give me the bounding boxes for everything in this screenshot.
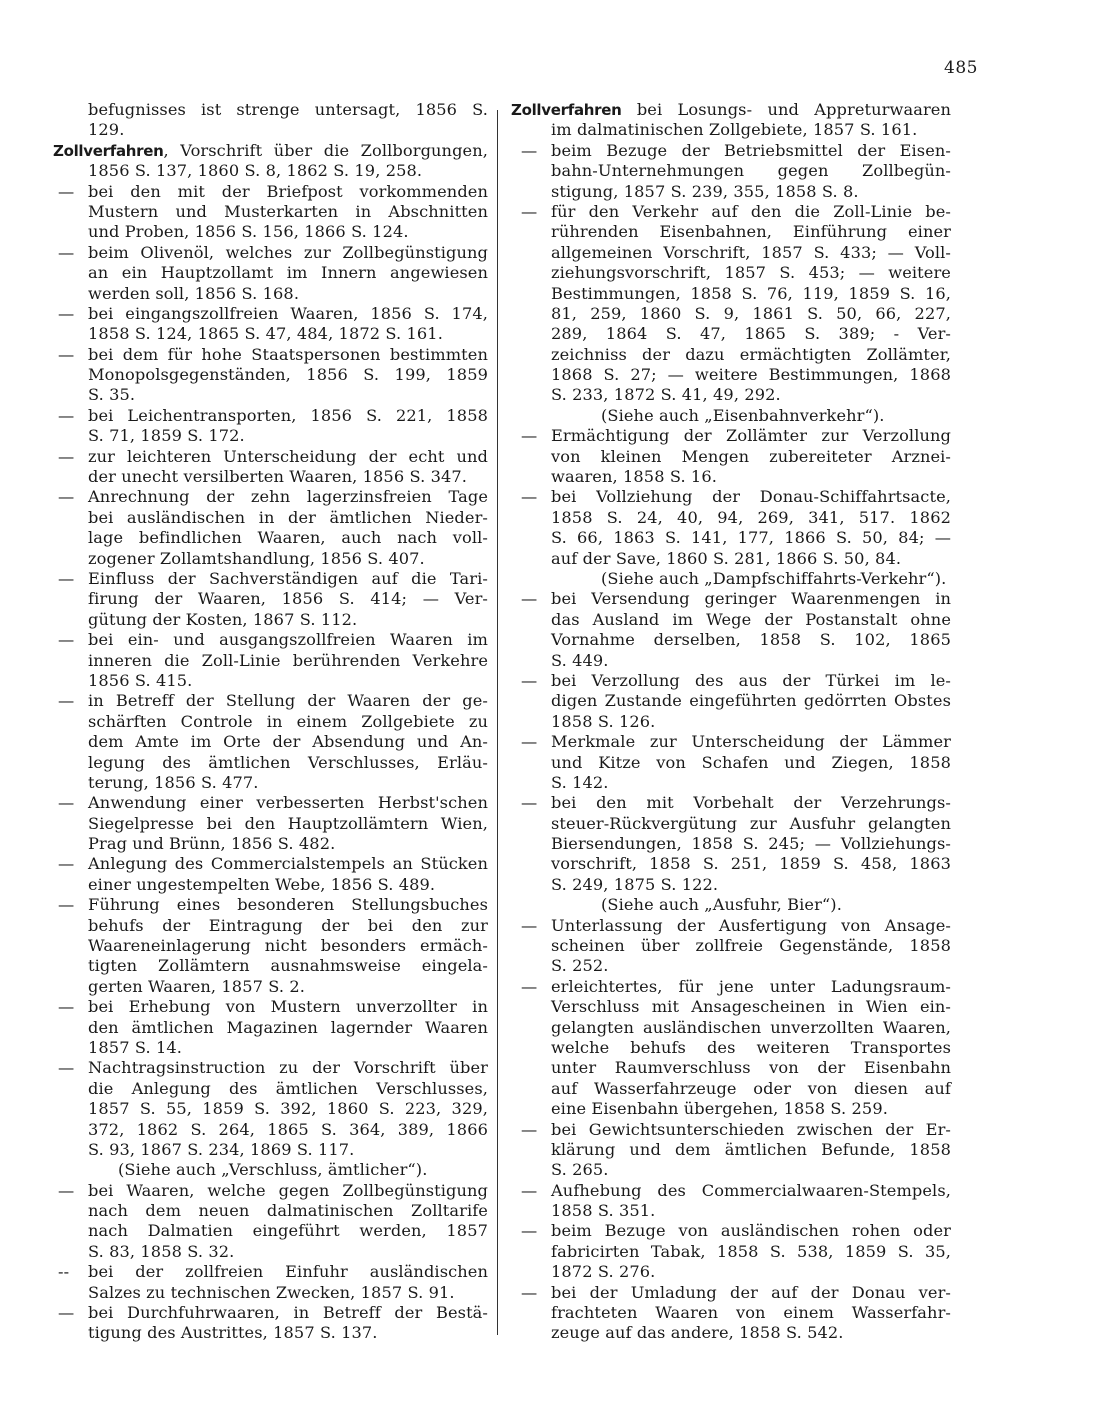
entry-text: digen Zustande eingeführten gedörrten Ob… <box>551 691 951 710</box>
entry-text: Unterlassung der Ausfertigung von Ansage… <box>551 916 951 935</box>
entry-text: für den Verkehr auf den die Zoll-Linie b… <box>551 202 951 221</box>
entry-line: unter Raumverschluss von der Eisenbahn <box>551 1058 951 1078</box>
entry-text: bahn-Unternehmungen gegen Zollbegün- <box>551 161 951 180</box>
entry-line: und Proben, 1856 S. 156, 1866 S. 124. <box>88 222 488 242</box>
see-also-reference: (Siehe auch „Dampfschiffahrts-Verkehr“). <box>551 569 951 589</box>
entry-line: an ein Hauptzollamt im Innern angewiesen <box>88 263 488 283</box>
entry-text: das Ausland im Wege der Postanstalt ohne <box>551 610 951 629</box>
entry-line: terung, 1856 S. 477. <box>88 773 488 793</box>
entry-line: S. 265. <box>551 1160 951 1180</box>
index-entry: —für den Verkehr auf den die Zoll-Linie … <box>511 202 951 426</box>
entry-text: beim Bezuge der Betriebsmittel der Eisen… <box>551 141 951 160</box>
entry-line: S. 83, 1858 S. 32. <box>88 1242 488 1262</box>
entry-line: —Anrechnung der zehn lagerzinsfreien Tag… <box>58 487 488 507</box>
entry-text: lage befindlichen Waaren, auch nach voll… <box>88 528 488 547</box>
dash-marker: — <box>58 406 88 426</box>
entry-line: zeichniss der dazu ermächtigten Zollämte… <box>551 345 951 365</box>
entry-line: S. 71, 1859 S. 172. <box>88 426 488 446</box>
entry-text: bei Leichentransporten, 1856 S. 221, 185… <box>88 406 488 425</box>
entry-line: tigten Zollämtern ausnahmsweise eingela- <box>88 956 488 976</box>
entry-line: allgemeinen Vorschrift, 1857 S. 433; — V… <box>551 243 951 263</box>
entry-text: rührenden Eisenbahnen, Einführung einer <box>551 222 951 241</box>
index-entry: —erleichtertes, für jene unter Ladungsra… <box>511 977 951 1120</box>
entry-line: der unecht versilberten Waaren, 1856 S. … <box>88 467 488 487</box>
entry-line: —Führung eines besonderen Stellungsbuche… <box>58 895 488 915</box>
entry-line: —bei den mit der Briefpost vorkommenden <box>58 182 488 202</box>
entry-line: bahn-Unternehmungen gegen Zollbegün- <box>551 161 951 181</box>
entry-line: —Anlegung des Commercialstempels an Stüc… <box>58 854 488 874</box>
entry-line: 1857 S. 14. <box>88 1038 488 1058</box>
entry-line: und Kitze von Schafen und Ziegen, 1858 <box>551 753 951 773</box>
entry-text: dem Amte im Orte der Absendung und An- <box>88 732 488 751</box>
entry-line: —bei Erhebung von Mustern unverzollter i… <box>58 997 488 1017</box>
entry-text: 1857 S. 55, 1859 S. 392, 1860 S. 223, 32… <box>88 1099 488 1118</box>
entry-line: —Unterlassung der Ausfertigung von Ansag… <box>521 916 951 936</box>
entry-line: —beim Olivenöl, welches zur Zollbegünsti… <box>58 243 488 263</box>
entry-text: 1857 S. 14. <box>88 1038 182 1057</box>
dash-marker: -- <box>58 1262 88 1282</box>
entry-text: 1858 S. 24, 40, 94, 269, 341, 517. 1862 <box>551 508 951 527</box>
entry-text: 81, 259, 1860 S. 9, 1861 S. 50, 66, 227, <box>551 304 951 323</box>
entry-text: bei Vollziehung der Donau-Schiffahrtsact… <box>551 487 951 506</box>
dash-marker: — <box>58 569 88 589</box>
entry-text: bei der zollfreien Einfuhr ausländischen <box>88 1262 488 1281</box>
index-entry: —bei Erhebung von Mustern unverzollter i… <box>88 997 488 1058</box>
entry-line: —bei Verzollung des aus der Türkei im le… <box>521 671 951 691</box>
entry-line: S. 66, 1863 S. 141, 177, 1866 S. 50, 84;… <box>551 528 951 548</box>
entry-line: zeuge auf das andere, 1858 S. 542. <box>551 1323 951 1343</box>
entry-line: S. 252. <box>551 956 951 976</box>
entry-line: 1858 S. 24, 40, 94, 269, 341, 517. 1862 <box>551 508 951 528</box>
entry-line: 81, 259, 1860 S. 9, 1861 S. 50, 66, 227, <box>551 304 951 324</box>
index-entry: —bei den mit Vorbehalt der Verzehrungs-s… <box>511 793 951 915</box>
entry-line: —bei eingangszollfreien Waaren, 1856 S. … <box>58 304 488 324</box>
entry-text: bei Waaren, welche gegen Zollbegünstigun… <box>88 1181 488 1200</box>
entry-line: —Nachtragsinstruction zu der Vorschrift … <box>58 1058 488 1078</box>
entry-line: rührenden Eisenbahnen, Einführung einer <box>551 222 951 242</box>
entry-text: nach dem neuen dalmatinischen Zolltarife <box>88 1201 488 1220</box>
entry-text: 1856 S. 415. <box>88 671 192 690</box>
entry-line: Zollverfahren bei Losungs- und Appreturw… <box>511 100 951 120</box>
dash-marker: — <box>521 1221 551 1241</box>
entry-text: bei ausländischen in der ämtlichen Niede… <box>88 508 488 527</box>
entry-line: —bei Gewichtsunterschieden zwischen der … <box>521 1120 951 1140</box>
entry-text: gütung der Kosten, 1867 S. 112. <box>88 610 357 629</box>
index-entry: —Einfluss der Sachverständigen auf die T… <box>88 569 488 630</box>
entry-text: steuer-Rückvergütung zur Ausfuhr gelangt… <box>551 814 951 833</box>
entry-text: bei Losungs- und Appreturwaaren <box>622 100 952 119</box>
entry-line: Siegelpresse bei den Hauptzollämtern Wie… <box>88 814 488 834</box>
entry-line: —Merkmale zur Unterscheidung der Lämmer <box>521 732 951 752</box>
entry-line: —erleichtertes, für jene unter Ladungsra… <box>521 977 951 997</box>
entry-text: Aufhebung des Commercialwaaren-Stempels, <box>551 1181 951 1200</box>
entry-line: befugnisses ist strenge untersagt, 1856 … <box>88 100 488 120</box>
see-also-reference: (Siehe auch „Eisenbahnverkehr“). <box>551 406 951 426</box>
entry-line: 1858 S. 126. <box>551 712 951 732</box>
entry-line: —bei Durchfuhrwaaren, in Betreff der Bes… <box>58 1303 488 1323</box>
entry-text: tigung des Austrittes, 1857 S. 137. <box>88 1323 378 1342</box>
entry-line: fabricirten Tabak, 1858 S. 538, 1859 S. … <box>551 1242 951 1262</box>
entry-text: S. 233, 1872 S. 41, 49, 292. <box>551 385 781 404</box>
entry-line: —beim Bezuge der Betriebsmittel der Eise… <box>521 141 951 161</box>
entry-text: beim Bezuge von ausländischen rohen oder <box>551 1221 951 1240</box>
entry-text: nach Dalmatien eingeführt werden, 1857 <box>88 1221 488 1240</box>
entry-text: unter Raumverschluss von der Eisenbahn <box>551 1058 951 1077</box>
entry-line: Biersendungen, 1858 S. 245; — Vollziehun… <box>551 834 951 854</box>
entry-text: den ämtlichen Magazinen lagernder Waaren <box>88 1018 488 1037</box>
entry-text: ziehungsvorschrift, 1857 S. 453; — weite… <box>551 263 951 282</box>
dash-marker: — <box>58 345 88 365</box>
dash-marker: — <box>521 589 551 609</box>
index-entry: —bei Gewichtsunterschieden zwischen der … <box>511 1120 951 1181</box>
entry-line: firung der Waaren, 1856 S. 414; — Ver- <box>88 589 488 609</box>
entry-text: Einfluss der Sachverständigen auf die Ta… <box>88 569 488 588</box>
left-column: befugnisses ist strenge untersagt, 1856 … <box>88 100 488 1344</box>
entry-line: S. 249, 1875 S. 122. <box>551 875 951 895</box>
entry-line: 1856 S. 137, 1860 S. 8, 1862 S. 19, 258. <box>88 161 488 181</box>
entry-text: gerten Waaren, 1857 S. 2. <box>88 977 305 996</box>
index-entry: —bei ein- und ausgangszollfreien Waaren … <box>88 630 488 691</box>
entry-line: --bei der zollfreien Einfuhr ausländisch… <box>58 1262 488 1282</box>
entry-text: , Vorschrift über die Zollborgungen, <box>164 141 489 160</box>
entry-line: den ämtlichen Magazinen lagernder Waaren <box>88 1018 488 1038</box>
dash-marker: — <box>58 793 88 813</box>
entry-line: frachteten Waaren von einem Wasserfahr- <box>551 1303 951 1323</box>
entry-line: gelangten ausländischen unverzollten Waa… <box>551 1018 951 1038</box>
entry-line: einer ungestempelten Webe, 1856 S. 489. <box>88 875 488 895</box>
entry-line: Mustern und Musterkarten in Abschnitten <box>88 202 488 222</box>
entry-text: 1858 S. 351. <box>551 1201 655 1220</box>
entry-text: bei den mit der Briefpost vorkommenden <box>88 182 488 201</box>
entry-line: Zollverfahren, Vorschrift über die Zollb… <box>53 141 488 161</box>
entry-line: schärften Controle in einem Zollgebiete … <box>88 712 488 732</box>
entry-text: die Anlegung des ämtlichen Verschlusses, <box>88 1079 488 1098</box>
entry-heading: Zollverfahren <box>511 101 622 119</box>
entry-text: bei den mit Vorbehalt der Verzehrungs- <box>551 793 951 812</box>
index-entry: —bei Waaren, welche gegen Zollbegünstigu… <box>88 1181 488 1263</box>
index-entry: —Anrechnung der zehn lagerzinsfreien Tag… <box>88 487 488 569</box>
entry-line: scheinen über zollfreie Gegenstände, 185… <box>551 936 951 956</box>
index-entry: Zollverfahren, Vorschrift über die Zollb… <box>88 141 488 182</box>
entry-line: behufs der Eintragung der bei den zur <box>88 916 488 936</box>
entry-text: beim Olivenöl, welches zur Zollbegünstig… <box>88 243 488 262</box>
entry-text: stigung, 1857 S. 239, 355, 1858 S. 8. <box>551 182 859 201</box>
entry-text: 289, 1864 S. 47, 1865 S. 389; - Ver- <box>551 324 951 343</box>
index-entry: —beim Olivenöl, welches zur Zollbegünsti… <box>88 243 488 304</box>
dash-marker: — <box>58 691 88 711</box>
entry-text: Siegelpresse bei den Hauptzollämtern Wie… <box>88 814 488 833</box>
entry-text: klärung und dem ämtlichen Befunde, 1858 <box>551 1140 951 1159</box>
entry-text: 129. <box>88 120 124 139</box>
entry-text: terung, 1856 S. 477. <box>88 773 259 792</box>
dash-marker: — <box>521 671 551 691</box>
entry-line: ziehungsvorschrift, 1857 S. 453; — weite… <box>551 263 951 283</box>
entry-text: Mustern und Musterkarten in Abschnitten <box>88 202 488 221</box>
entry-text: von kleinen Mengen zubereiteter Arznei- <box>551 447 951 466</box>
entry-line: im dalmatinischen Zollgebiete, 1857 S. 1… <box>551 120 951 140</box>
page-number: 485 <box>928 58 978 78</box>
dash-marker: — <box>521 202 551 222</box>
index-entry: —Merkmale zur Unterscheidung der Lämmeru… <box>511 732 951 793</box>
dash-marker: — <box>58 997 88 1017</box>
dash-marker: — <box>521 1181 551 1201</box>
entry-line: S. 93, 1867 S. 234, 1869 S. 117. <box>88 1140 488 1160</box>
entry-line: —in Betreff der Stellung der Waaren der … <box>58 691 488 711</box>
dash-marker: — <box>58 182 88 202</box>
entry-text: legung des ämtlichen Verschlusses, Erläu… <box>88 753 488 772</box>
entry-line: —bei Leichentransporten, 1856 S. 221, 18… <box>58 406 488 426</box>
entry-text: und Proben, 1856 S. 156, 1866 S. 124. <box>88 222 409 241</box>
entry-text: firung der Waaren, 1856 S. 414; — Ver- <box>88 589 488 608</box>
entry-line: waaren, 1858 S. 16. <box>551 467 951 487</box>
entry-line: digen Zustande eingeführten gedörrten Ob… <box>551 691 951 711</box>
entry-text: auf Wasserfahrzeuge oder von diesen auf <box>551 1079 951 1098</box>
entry-line: stigung, 1857 S. 239, 355, 1858 S. 8. <box>551 182 951 202</box>
entry-text: in Betreff der Stellung der Waaren der g… <box>88 691 488 710</box>
right-column: Zollverfahren bei Losungs- und Appreturw… <box>511 100 951 1344</box>
entry-text: Bestimmungen, 1858 S. 76, 119, 1859 S. 1… <box>551 284 951 303</box>
index-entry: —bei Vollziehung der Donau-Schiffahrtsac… <box>511 487 951 589</box>
dash-marker: — <box>521 793 551 813</box>
index-entry: —bei dem für hohe Staatspersonen bestimm… <box>88 345 488 406</box>
entry-line: —beim Bezuge von ausländischen rohen ode… <box>521 1221 951 1241</box>
entry-line: klärung und dem ämtlichen Befunde, 1858 <box>551 1140 951 1160</box>
entry-line: —zur leichteren Unterscheidung der echt … <box>58 447 488 467</box>
entry-text: Waareneinlagerung nicht besonders ermäch… <box>88 936 488 955</box>
entry-text: vorschrift, 1858 S. 251, 1859 S. 458, 18… <box>551 854 951 873</box>
entry-text: inneren die Zoll-Linie berührenden Verke… <box>88 651 488 670</box>
entry-text: behufs der Eintragung der bei den zur <box>88 916 488 935</box>
dash-marker: — <box>521 1120 551 1140</box>
entry-text: Biersendungen, 1858 S. 245; — Vollziehun… <box>551 834 951 853</box>
entry-text: tigten Zollämtern ausnahmsweise eingela- <box>88 956 488 975</box>
entry-text: einer ungestempelten Webe, 1856 S. 489. <box>88 875 435 894</box>
entry-text: frachteten Waaren von einem Wasserfahr- <box>551 1303 951 1322</box>
dash-marker: — <box>521 426 551 446</box>
entry-text: bei Gewichtsunterschieden zwischen der E… <box>551 1120 951 1139</box>
dash-marker: — <box>58 854 88 874</box>
dash-marker: — <box>521 916 551 936</box>
entry-text: Salzes zu technischen Zwecken, 1857 S. 9… <box>88 1283 455 1302</box>
dash-marker: — <box>58 304 88 324</box>
entry-text: bei der Umladung der auf der Donau ver- <box>551 1283 951 1302</box>
entry-text: bei dem für hohe Staatspersonen bestimmt… <box>88 345 488 364</box>
entry-line: Salzes zu technischen Zwecken, 1857 S. 9… <box>88 1283 488 1303</box>
entry-line: dem Amte im Orte der Absendung und An- <box>88 732 488 752</box>
entry-line: gütung der Kosten, 1867 S. 112. <box>88 610 488 630</box>
entry-line: Verschluss mit Ansagescheinen in Wien ei… <box>551 997 951 1017</box>
entry-line: das Ausland im Wege der Postanstalt ohne <box>551 610 951 630</box>
entry-line: 1856 S. 415. <box>88 671 488 691</box>
entry-line: —Anwendung einer verbesserten Herbst'sch… <box>58 793 488 813</box>
see-also-reference: (Siehe auch „Verschluss, ämtlicher“). <box>88 1160 488 1180</box>
entry-text: S. 93, 1867 S. 234, 1869 S. 117. <box>88 1140 354 1159</box>
entry-text: 372, 1862 S. 264, 1865 S. 364, 389, 1866 <box>88 1120 488 1139</box>
entry-text: Monopolsgegenständen, 1856 S. 199, 1859 <box>88 365 488 384</box>
entry-text: Vornahme derselben, 1858 S. 102, 1865 <box>551 630 951 649</box>
entry-line: gerten Waaren, 1857 S. 2. <box>88 977 488 997</box>
entry-line: 1868 S. 27; — weitere Bestimmungen, 1868 <box>551 365 951 385</box>
entry-text: bei eingangszollfreien Waaren, 1856 S. 1… <box>88 304 488 323</box>
entry-line: —bei dem für hohe Staatspersonen bestimm… <box>58 345 488 365</box>
entry-text: Nachtragsinstruction zu der Vorschrift ü… <box>88 1058 488 1077</box>
entry-line: von kleinen Mengen zubereiteter Arznei- <box>551 447 951 467</box>
entry-line: —bei Waaren, welche gegen Zollbegünstigu… <box>58 1181 488 1201</box>
dash-marker: — <box>521 487 551 507</box>
index-entry: —Anwendung einer verbesserten Herbst'sch… <box>88 793 488 854</box>
entry-text: S. 449. <box>551 651 609 670</box>
index-entry: —beim Bezuge der Betriebsmittel der Eise… <box>511 141 951 202</box>
entry-line: —Einfluss der Sachverständigen auf die T… <box>58 569 488 589</box>
entry-text: Verschluss mit Ansagescheinen in Wien ei… <box>551 997 951 1016</box>
dash-marker: — <box>58 1058 88 1078</box>
entry-text: an ein Hauptzollamt im Innern angewiesen <box>88 263 488 282</box>
entry-line: legung des ämtlichen Verschlusses, Erläu… <box>88 753 488 773</box>
entry-line: 1857 S. 55, 1859 S. 392, 1860 S. 223, 32… <box>88 1099 488 1119</box>
index-entry: —in Betreff der Stellung der Waaren der … <box>88 691 488 793</box>
entry-line: zogener Zollamtshandlung, 1856 S. 407. <box>88 549 488 569</box>
entry-text: allgemeinen Vorschrift, 1857 S. 433; — V… <box>551 243 951 262</box>
entry-line: Waareneinlagerung nicht besonders ermäch… <box>88 936 488 956</box>
entry-text: zur leichteren Unterscheidung der echt u… <box>88 447 488 466</box>
entry-line: steuer-Rückvergütung zur Ausfuhr gelangt… <box>551 814 951 834</box>
entry-line: 289, 1864 S. 47, 1865 S. 389; - Ver- <box>551 324 951 344</box>
entry-text: bei Erhebung von Mustern unverzollter in <box>88 997 488 1016</box>
entry-line: nach dem neuen dalmatinischen Zolltarife <box>88 1201 488 1221</box>
index-entry: —bei Durchfuhrwaaren, in Betreff der Bes… <box>88 1303 488 1344</box>
dash-marker: — <box>521 141 551 161</box>
entry-text: bei ein- und ausgangszollfreien Waaren i… <box>88 630 488 649</box>
index-entry: —Nachtragsinstruction zu der Vorschrift … <box>88 1058 488 1180</box>
entry-text: S. 249, 1875 S. 122. <box>551 875 718 894</box>
index-entry: Zollverfahren bei Losungs- und Appreturw… <box>511 100 951 141</box>
entry-text: welche behufs des weiteren Transportes <box>551 1038 951 1057</box>
entry-text: S. 35. <box>88 385 135 404</box>
dash-marker: — <box>521 1283 551 1303</box>
entry-text: werden soll, 1856 S. 168. <box>88 284 299 303</box>
entry-text: der unecht versilberten Waaren, 1856 S. … <box>88 467 467 486</box>
entry-line: 372, 1862 S. 264, 1865 S. 364, 389, 1866 <box>88 1120 488 1140</box>
entry-line: 1858 S. 351. <box>551 1201 951 1221</box>
entry-line: —bei ein- und ausgangszollfreien Waaren … <box>58 630 488 650</box>
entry-line: lage befindlichen Waaren, auch nach voll… <box>88 528 488 548</box>
entry-text: fabricirten Tabak, 1858 S. 538, 1859 S. … <box>551 1242 951 1261</box>
entry-line: Bestimmungen, 1858 S. 76, 119, 1859 S. 1… <box>551 284 951 304</box>
entry-line: inneren die Zoll-Linie berührenden Verke… <box>88 651 488 671</box>
index-entry: —zur leichteren Unterscheidung der echt … <box>88 447 488 488</box>
entry-text: und Kitze von Schafen und Ziegen, 1858 <box>551 753 951 772</box>
entry-line: S. 449. <box>551 651 951 671</box>
entry-text: 1858 S. 126. <box>551 712 655 731</box>
index-entry: —bei Leichentransporten, 1856 S. 221, 18… <box>88 406 488 447</box>
entry-line: auf der Save, 1860 S. 281, 1866 S. 50, 8… <box>551 549 951 569</box>
entry-line: tigung des Austrittes, 1857 S. 137. <box>88 1323 488 1343</box>
index-entry: —Führung eines besonderen Stellungsbuche… <box>88 895 488 997</box>
entry-text: eine Eisenbahn übergehen, 1858 S. 259. <box>551 1099 888 1118</box>
dash-marker: — <box>58 243 88 263</box>
entry-line: —Aufhebung des Commercialwaaren-Stempels… <box>521 1181 951 1201</box>
entry-text: gelangten ausländischen unverzollten Waa… <box>551 1018 951 1037</box>
index-entry: —Unterlassung der Ausfertigung von Ansag… <box>511 916 951 977</box>
entry-text: zeuge auf das andere, 1858 S. 542. <box>551 1323 844 1342</box>
entry-line: eine Eisenbahn übergehen, 1858 S. 259. <box>551 1099 951 1119</box>
entry-text: erleichtertes, für jene unter Ladungsrau… <box>551 977 951 996</box>
index-entry: —Anlegung des Commercialstempels an Stüc… <box>88 854 488 895</box>
index-entry: —Aufhebung des Commercialwaaren-Stempels… <box>511 1181 951 1222</box>
dash-marker: — <box>521 977 551 997</box>
dash-marker: — <box>521 732 551 752</box>
entry-text: Prag und Brünn, 1856 S. 482. <box>88 834 335 853</box>
entry-text: S. 142. <box>551 773 609 792</box>
entry-line: —bei Vollziehung der Donau-Schiffahrtsac… <box>521 487 951 507</box>
entry-line: auf Wasserfahrzeuge oder von diesen auf <box>551 1079 951 1099</box>
entry-text: S. 66, 1863 S. 141, 177, 1866 S. 50, 84;… <box>551 528 951 547</box>
entry-line: werden soll, 1856 S. 168. <box>88 284 488 304</box>
entry-line: 129. <box>88 120 488 140</box>
entry-line: S. 35. <box>88 385 488 405</box>
index-entry: —bei den mit der Briefpost vorkommendenM… <box>88 182 488 243</box>
index-entry: —bei der Umladung der auf der Donau ver-… <box>511 1283 951 1344</box>
entry-line: vorschrift, 1858 S. 251, 1859 S. 458, 18… <box>551 854 951 874</box>
index-entry: —bei Verzollung des aus der Türkei im le… <box>511 671 951 732</box>
entry-text: befugnisses ist strenge untersagt, 1856 … <box>88 100 488 119</box>
entry-line: Vornahme derselben, 1858 S. 102, 1865 <box>551 630 951 650</box>
entry-text: S. 71, 1859 S. 172. <box>88 426 245 445</box>
entry-text: Ermächtigung der Zollämter zur Verzollun… <box>551 426 951 445</box>
entry-line: —bei Versendung geringer Waarenmengen in <box>521 589 951 609</box>
entry-text: S. 83, 1858 S. 32. <box>88 1242 234 1261</box>
entry-line: nach Dalmatien eingeführt werden, 1857 <box>88 1221 488 1241</box>
entry-line: S. 233, 1872 S. 41, 49, 292. <box>551 385 951 405</box>
entry-text: bei Verzollung des aus der Türkei im le- <box>551 671 951 690</box>
entry-line: Prag und Brünn, 1856 S. 482. <box>88 834 488 854</box>
index-entry: befugnisses ist strenge untersagt, 1856 … <box>88 100 488 141</box>
index-entry: —beim Bezuge von ausländischen rohen ode… <box>511 1221 951 1282</box>
entry-text: Führung eines besonderen Stellungsbuches <box>88 895 488 914</box>
entry-line: Monopolsgegenständen, 1856 S. 199, 1859 <box>88 365 488 385</box>
entry-line: —Ermächtigung der Zollämter zur Verzollu… <box>521 426 951 446</box>
entry-text: schärften Controle in einem Zollgebiete … <box>88 712 488 731</box>
entry-text: zeichniss der dazu ermächtigten Zollämte… <box>551 345 951 364</box>
entry-text: 1856 S. 137, 1860 S. 8, 1862 S. 19, 258. <box>88 161 422 180</box>
dash-marker: — <box>58 1303 88 1323</box>
entry-text: bei Versendung geringer Waarenmengen in <box>551 589 951 608</box>
entry-text: 1868 S. 27; — weitere Bestimmungen, 1868 <box>551 365 951 384</box>
entry-text: bei Durchfuhrwaaren, in Betreff der Best… <box>88 1303 488 1322</box>
entry-line: —bei den mit Vorbehalt der Verzehrungs- <box>521 793 951 813</box>
entry-text: zogener Zollamtshandlung, 1856 S. 407. <box>88 549 425 568</box>
entry-line: 1872 S. 276. <box>551 1262 951 1282</box>
entry-text: Anlegung des Commercialstempels an Stück… <box>88 854 488 873</box>
entry-text: Anwendung einer verbesserten Herbst'sche… <box>88 793 488 812</box>
entry-line: —für den Verkehr auf den die Zoll-Linie … <box>521 202 951 222</box>
entry-line: 1858 S. 124, 1865 S. 47, 484, 1872 S. 16… <box>88 324 488 344</box>
entry-line: S. 142. <box>551 773 951 793</box>
entry-text: auf der Save, 1860 S. 281, 1866 S. 50, 8… <box>551 549 901 568</box>
entry-line: —bei der Umladung der auf der Donau ver- <box>521 1283 951 1303</box>
entry-line: die Anlegung des ämtlichen Verschlusses, <box>88 1079 488 1099</box>
index-entry: --bei der zollfreien Einfuhr ausländisch… <box>88 1262 488 1303</box>
dash-marker: — <box>58 1181 88 1201</box>
entry-text: waaren, 1858 S. 16. <box>551 467 717 486</box>
entry-text: 1858 S. 124, 1865 S. 47, 484, 1872 S. 16… <box>88 324 443 343</box>
dash-marker: — <box>58 447 88 467</box>
dash-marker: — <box>58 895 88 915</box>
entry-text: Merkmale zur Unterscheidung der Lämmer <box>551 732 951 751</box>
index-entry: —bei Versendung geringer Waarenmengen in… <box>511 589 951 671</box>
index-entry: —Ermächtigung der Zollämter zur Verzollu… <box>511 426 951 487</box>
column-divider <box>497 110 498 1335</box>
